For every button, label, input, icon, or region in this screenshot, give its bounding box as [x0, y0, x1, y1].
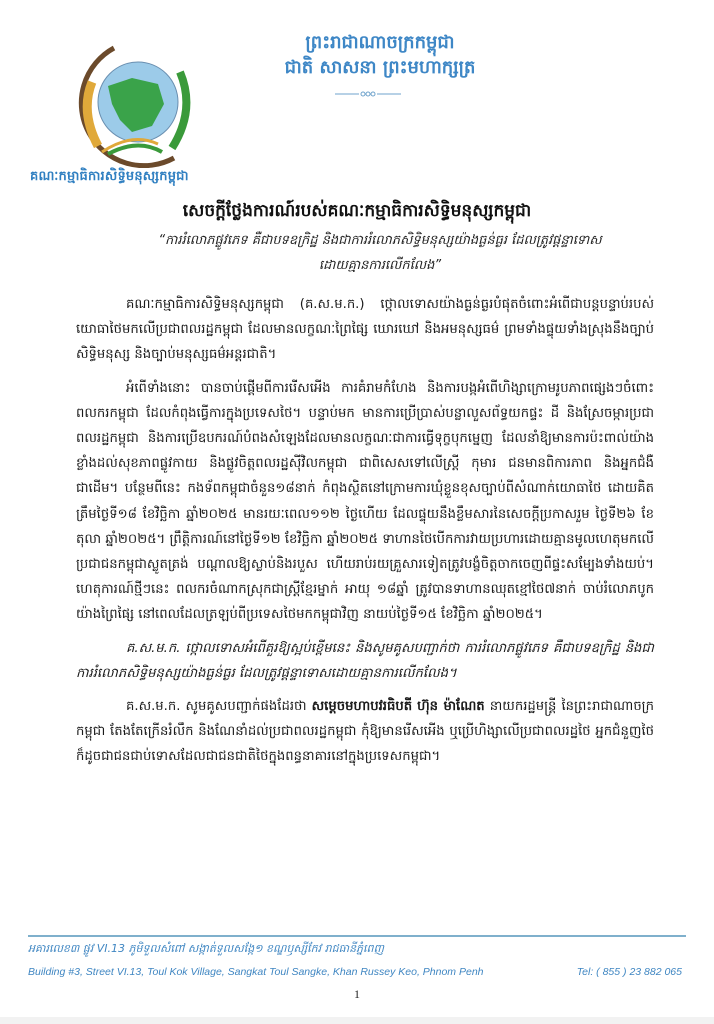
- pm-name: ហ៊ុន ម៉ាណែត: [417, 699, 485, 714]
- paragraph-3: គ.ស.ម.ក. ថ្កោលទោសអំពើគួរឱ្យស្អប់ខ្ពើមនេះ…: [76, 636, 654, 686]
- statement-title: សេចក្តីថ្លែងការណ៍របស់គណៈកម្មាធិការសិទ្ធិ…: [0, 200, 714, 225]
- subtitle-line-2: ដោយគ្មានការលើកលែង”: [100, 253, 660, 278]
- paragraph-4-prefix: គ.ស.ម.ក. សូមគូសបញ្ជាក់ផងដែរថា: [126, 699, 312, 714]
- kingdom-line-1: ព្រះរាជាណាចក្រកម្ពុជា: [230, 30, 530, 55]
- statement-body: គណៈកម្មាធិការសិទ្ធិមនុស្សកម្ពុជា (គ.ស.ម.…: [76, 292, 654, 778]
- footer-divider: [28, 935, 686, 937]
- paragraph-2: អំពើទាំងនោះ បានចាប់ផ្តើមពីការរើសអើង ការគ…: [76, 376, 654, 628]
- kingdom-line-2: ជាតិ សាសនា ព្រះមហាក្សត្រ: [230, 55, 530, 80]
- paragraph-1: គណៈកម្មាធិការសិទ្ធិមនុស្សកម្ពុជា (គ.ស.ម.…: [76, 292, 654, 368]
- page-number: 1: [0, 987, 714, 1002]
- document-page: គណៈកម្មាធិការសិទ្ធិមនុស្សកម្ពុជា ព្រះរាជ…: [0, 0, 714, 1017]
- org-name-label: គណៈកម្មាធិការសិទ្ធិមនុស្សកម្ពុជា: [30, 168, 189, 187]
- divider-ornament-icon: [335, 90, 401, 98]
- statement-subtitle: “ការរំលោភផ្លូវភេទ គឺជាបទឧក្រិដ្ឋ និងជាកា…: [100, 228, 660, 278]
- footer-address-khmer: អគារលេខ៣ ផ្លូវ VI.13 ភូមិទួលសំពៅ សង្កាត់…: [28, 942, 384, 958]
- paragraph-4: គ.ស.ម.ក. សូមគូសបញ្ជាក់ផងដែរថា សម្តេចមហាប…: [76, 694, 654, 770]
- footer-telephone: Tel: ( 855 ) 23 882 065: [577, 966, 682, 978]
- globe-wreath-logo-icon: [62, 42, 202, 168]
- subtitle-line-1: “ការរំលោភផ្លូវភេទ គឺជាបទឧក្រិដ្ឋ និងជាកា…: [100, 228, 660, 253]
- pm-title: សម្តេចមហាបវរធិបតី: [312, 699, 412, 714]
- footer-address-english: Building #3, Street VI.13, Toul Kok Vill…: [28, 966, 484, 978]
- kingdom-motto: ព្រះរាជាណាចក្រកម្ពុជា ជាតិ សាសនា ព្រះមហា…: [230, 30, 530, 80]
